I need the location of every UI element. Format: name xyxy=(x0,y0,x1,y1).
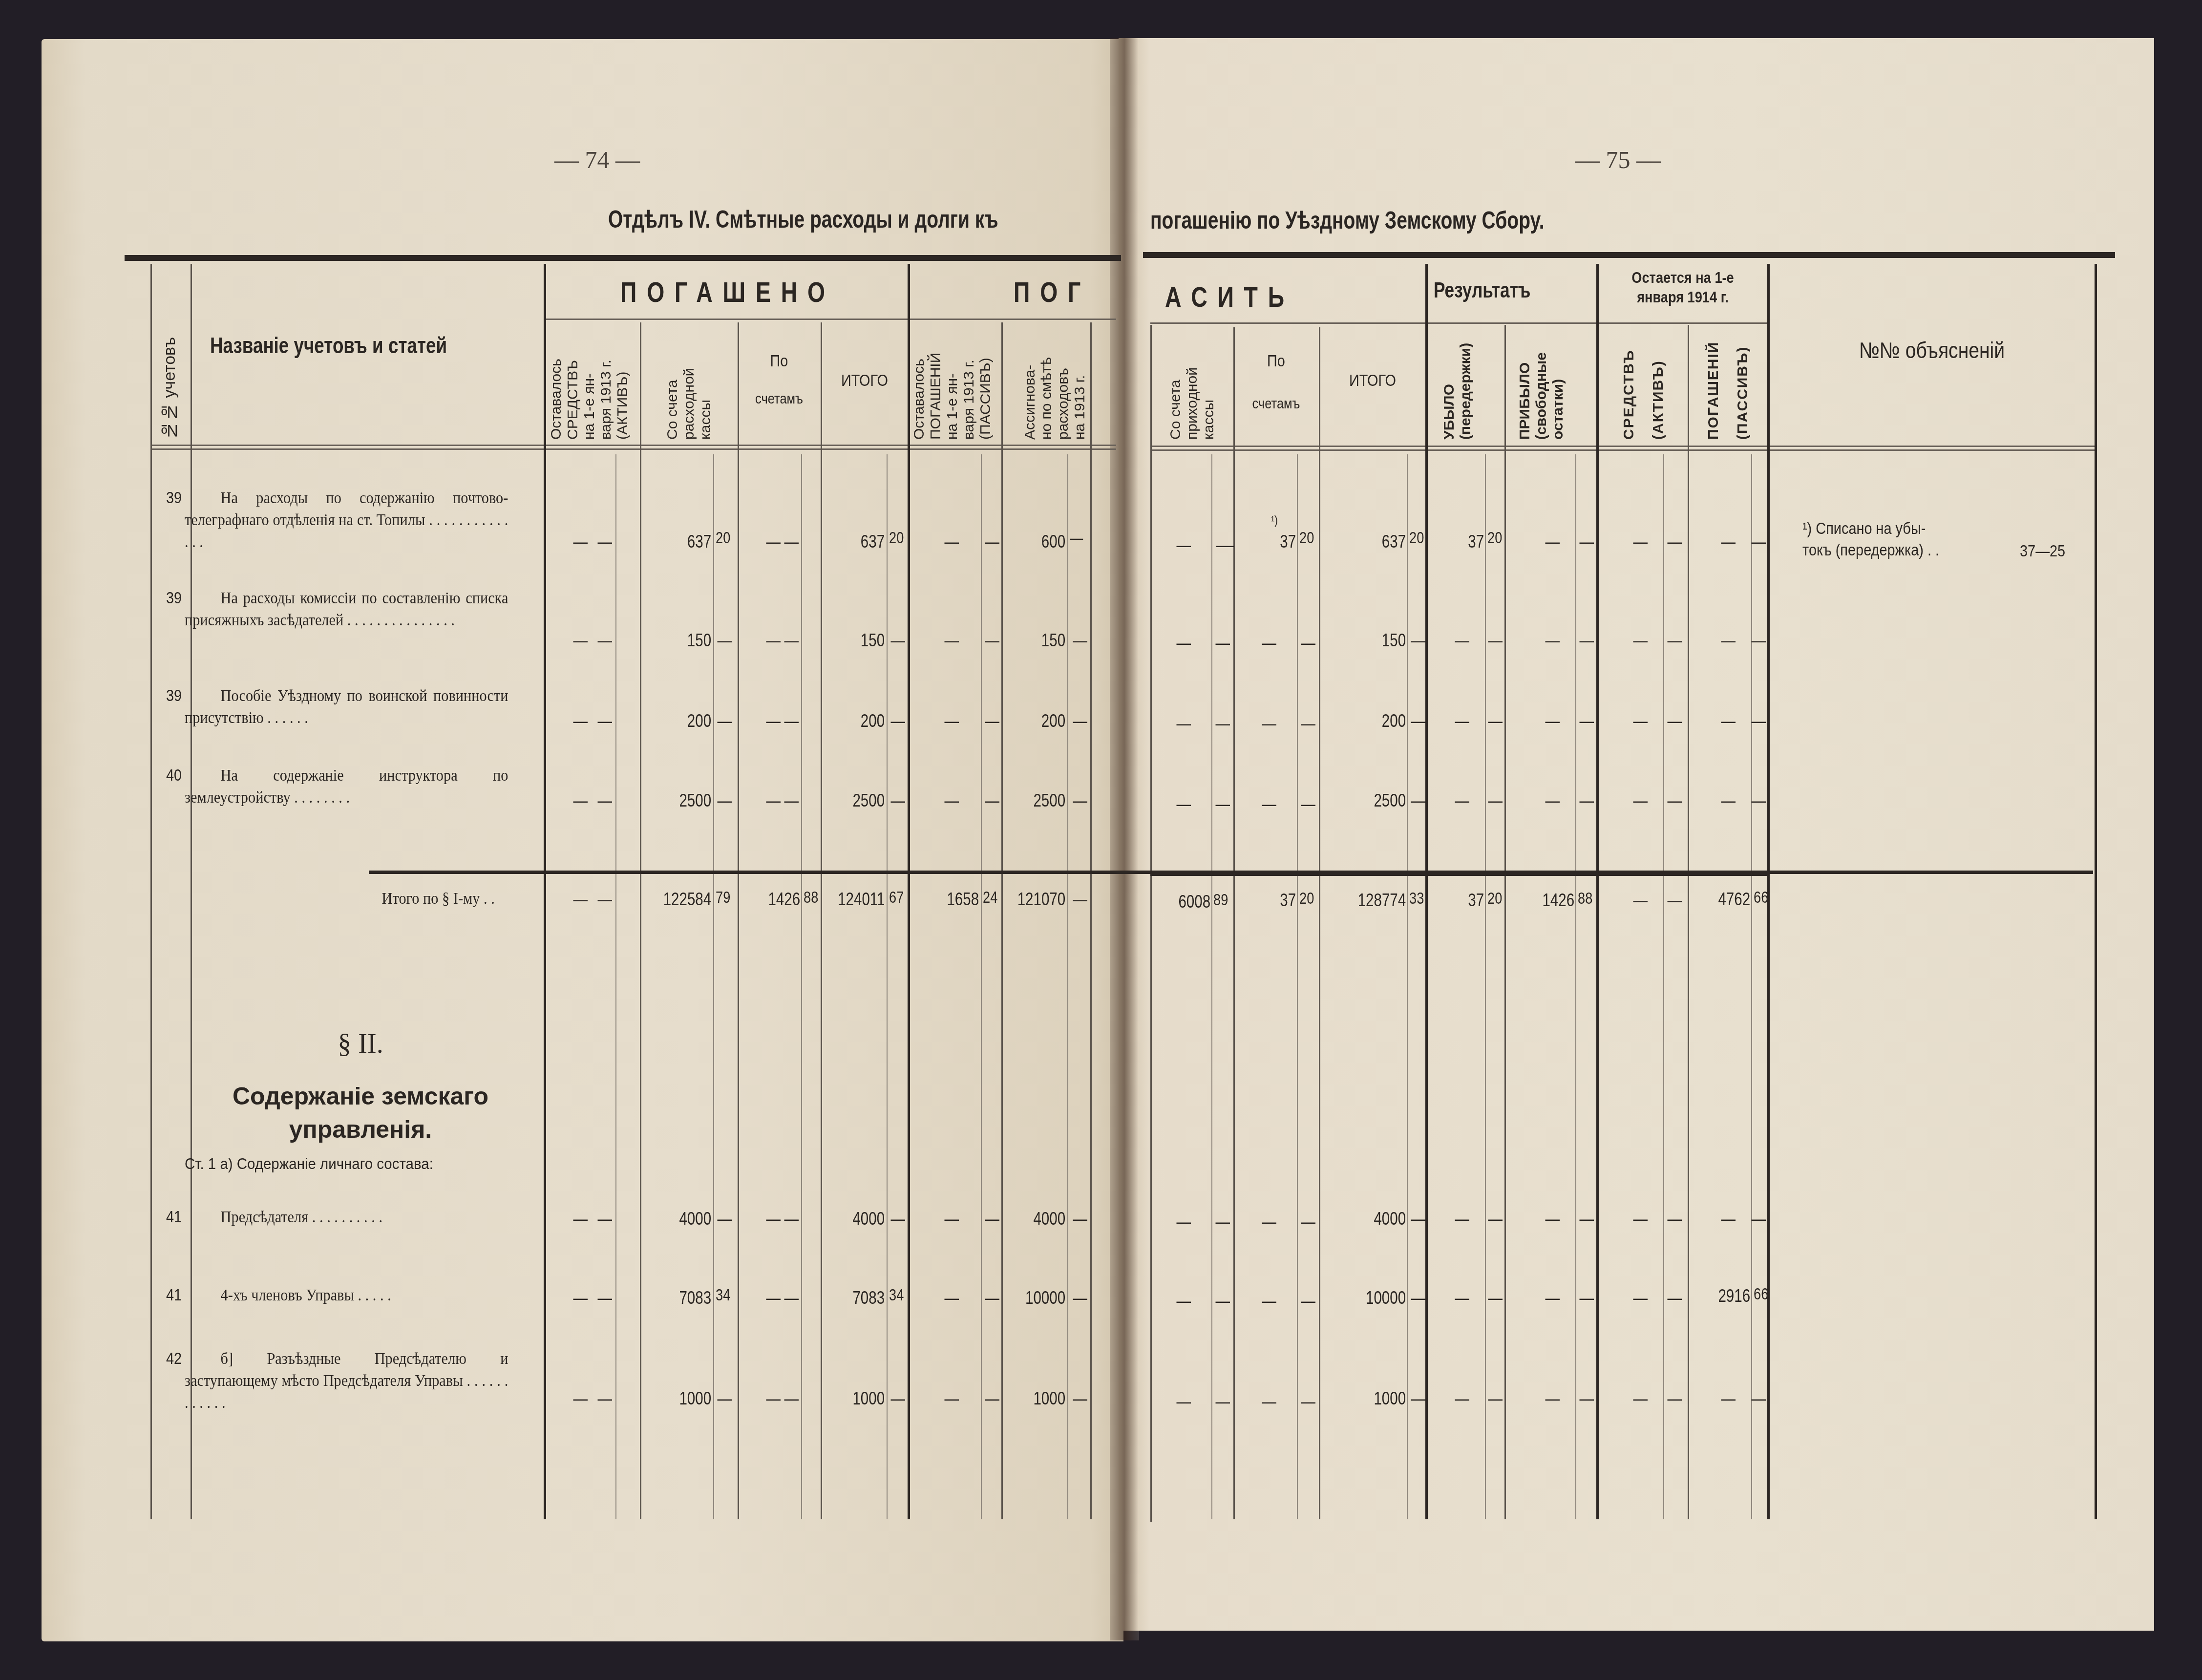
cell-assignovano: 121070 xyxy=(1017,889,1065,910)
col-border xyxy=(2095,264,2097,1519)
cell-kop: — xyxy=(597,1209,612,1229)
cell-kop: — xyxy=(1579,630,1594,651)
cell-ostavalos-sredstv: — xyxy=(573,790,588,811)
header-col-so-scheta-rashod: Со счета расходной кассы xyxy=(664,332,714,440)
cell-itogo-2: 200 xyxy=(1382,711,1406,731)
cell-sredstv: — xyxy=(1633,711,1648,731)
cell-kop: — xyxy=(597,532,612,552)
cell-kop: — xyxy=(597,790,612,811)
col-border xyxy=(887,454,888,1519)
subtotal-label: Итого по § I-му . . xyxy=(185,888,495,910)
cell-pribylo: — xyxy=(1545,1209,1560,1229)
header-col-ostavalos-sredstv: Оставалось СРЕДСТВЪ на 1-е ян- варя 1913… xyxy=(548,332,631,440)
cell-so-scheta-rashod: 150 xyxy=(687,630,711,651)
cell-assignovano: 600 xyxy=(1041,532,1065,552)
cell-kop: — xyxy=(890,790,905,811)
row-name: На содержаніе инструктора по землеустрой… xyxy=(185,765,508,809)
cell-kop: 89 xyxy=(1213,891,1228,910)
footnote-marker: ¹) xyxy=(1271,513,1278,528)
col-border xyxy=(1233,327,1235,1519)
section-heading: Содержаніе земскаго управленія. xyxy=(185,1080,536,1146)
col-border xyxy=(1001,322,1003,1519)
col-border xyxy=(801,454,802,1519)
cell-kop: — xyxy=(1751,790,1766,811)
cell-po-schetam-1: — xyxy=(766,1209,781,1229)
cell-so-scheta-rashod: 122584 xyxy=(663,889,711,910)
cell-kop: 20 xyxy=(1487,529,1502,548)
cell-ubylo: 37 xyxy=(1468,532,1484,552)
cell-sredstv: — xyxy=(1633,790,1648,811)
row-num: 41 xyxy=(166,1286,182,1305)
cell-po-schetam-1: — xyxy=(766,711,781,731)
cell-ubylo: — xyxy=(1455,790,1469,811)
row-num: 39 xyxy=(166,489,182,508)
cell-so-scheta-prihod: 6008 xyxy=(1178,892,1210,912)
cell-ostavalos-sredstv: — xyxy=(573,1209,588,1229)
cell-po-schetam-2: — xyxy=(1262,1291,1276,1311)
cell-kop: 66 xyxy=(1754,888,1768,907)
header-group-pogasit-right: АСИТЬ xyxy=(1165,281,1294,314)
cell-kop: — xyxy=(1411,1288,1425,1308)
header-col-sredstv: СРЕДСТВЪ (АКТИВЪ) xyxy=(1614,332,1673,440)
cell-kop: — xyxy=(985,1388,999,1409)
cell-so-scheta-rashod: 1000 xyxy=(679,1388,711,1409)
cell-kop: — xyxy=(1301,633,1315,653)
cell-kop: — xyxy=(1579,1288,1594,1308)
explanation-note: ¹) Списано на убы- токъ (передержка) . . xyxy=(1802,518,1939,561)
cell-pogasheniy: — xyxy=(1721,1209,1736,1229)
cell-kop: 20 xyxy=(1299,529,1314,548)
cell-kop: — xyxy=(717,1388,732,1409)
cell-kop: — xyxy=(1579,532,1594,552)
cell-po-schetam-1: — xyxy=(766,790,781,811)
header-bottom-rule-left xyxy=(151,445,1116,446)
cell-kop: — xyxy=(985,790,999,811)
cell-kop: 24 xyxy=(983,888,997,907)
cell-kop: — xyxy=(890,711,905,731)
cell-itogo-2: 1000 xyxy=(1374,1388,1406,1409)
cell-pogasheniy: — xyxy=(1721,711,1736,731)
cell-po-schetam-2: 37 xyxy=(1280,890,1296,911)
cell-po-schetam-1: — xyxy=(766,630,781,651)
cell-assignovano: 2500 xyxy=(1033,790,1065,811)
cell-pribylo: — xyxy=(1545,630,1560,651)
cell-itogo-1: 200 xyxy=(861,711,885,731)
col-border xyxy=(1090,322,1092,1519)
cell-kop: 20 xyxy=(1299,889,1314,908)
cell-kop: 34 xyxy=(889,1286,904,1305)
cell-ostavalos-pogash: — xyxy=(944,711,959,731)
cell-ostavalos-pogash: — xyxy=(944,532,959,552)
cell-kop: — xyxy=(784,1388,799,1409)
cell-kop: — xyxy=(890,1209,905,1229)
cell-sredstv: — xyxy=(1633,1209,1648,1229)
cell-pribylo: — xyxy=(1545,532,1560,552)
row-name: На расходы комиссіи по составленію списк… xyxy=(185,588,508,632)
cell-kop: — xyxy=(597,889,612,910)
cell-kop: — xyxy=(1411,711,1425,731)
cell-po-schetam-1: — xyxy=(766,1388,781,1409)
header-bottom-rule-right xyxy=(1150,446,2096,447)
cell-assignovano: 4000 xyxy=(1033,1209,1065,1229)
col-border xyxy=(713,454,714,1519)
cell-ubylo: 37 xyxy=(1468,890,1484,911)
cell-so-scheta-prihod: — xyxy=(1176,713,1191,734)
cell-itogo-1: 2500 xyxy=(852,790,885,811)
page-number-left: — 74 — xyxy=(554,146,640,174)
cell-kop: — xyxy=(1301,1291,1315,1311)
col-border xyxy=(1504,325,1506,1519)
cell-itogo-1: 4000 xyxy=(852,1209,885,1229)
cell-pribylo: — xyxy=(1545,711,1560,731)
cell-kop: — xyxy=(1215,1391,1230,1412)
section-symbol: § II. xyxy=(185,1028,536,1060)
col-border xyxy=(150,264,152,1519)
cell-kop: 33 xyxy=(1409,889,1424,908)
cell-itogo-2: 4000 xyxy=(1374,1209,1406,1229)
row-name: Предсѣдателя . . . . . . . . . . xyxy=(185,1207,508,1229)
cell-kop: — xyxy=(784,630,799,651)
cell-kop: — xyxy=(1073,790,1087,811)
cell-kop: — xyxy=(717,711,732,731)
cell-kop: — xyxy=(1411,1209,1425,1229)
header-col-pogasheniy: ПОГАШЕНІЙ (ПАССИВЪ) xyxy=(1699,327,1757,440)
cell-kop: 88 xyxy=(804,888,818,907)
cell-sredstv: — xyxy=(1633,890,1648,911)
col-border xyxy=(1751,454,1752,1519)
col-border xyxy=(1575,454,1576,1519)
cell-po-schetam-1: — xyxy=(766,1288,781,1308)
cell-itogo-1: 637 xyxy=(861,532,885,552)
col-border xyxy=(1407,454,1408,1519)
col-border xyxy=(1688,325,1689,1519)
cell-ostavalos-sredstv: — xyxy=(573,889,588,910)
col-border xyxy=(640,322,641,1519)
cell-kop: — xyxy=(1751,630,1766,651)
page-title-left: Отдѣлъ IV. Смѣтные расходы и долги къ xyxy=(608,205,998,234)
col-border xyxy=(1485,454,1486,1519)
book-spine xyxy=(1110,38,1139,1640)
cell-ostavalos-pogash: — xyxy=(944,1388,959,1409)
cell-kop: — xyxy=(1488,711,1503,731)
cell-so-scheta-rashod: 4000 xyxy=(679,1209,711,1229)
cell-kop: — xyxy=(784,532,799,552)
header-group-result: Результатъ xyxy=(1434,278,1531,303)
cell-assignovano: 1000 xyxy=(1033,1388,1065,1409)
table-top-rule-left xyxy=(125,255,1121,261)
col-border xyxy=(738,322,739,1519)
cell-kop: — xyxy=(784,711,799,731)
cell-kop: — xyxy=(1215,713,1230,734)
cell-itogo-2: 637 xyxy=(1382,532,1406,552)
cell-kop: — xyxy=(1411,790,1425,811)
cell-assignovano: 10000 xyxy=(1025,1288,1065,1308)
row-num: 39 xyxy=(166,686,182,705)
cell-ostavalos-pogash: — xyxy=(944,630,959,651)
cell-po-schetam-2: — xyxy=(1262,713,1276,734)
row-num: 39 xyxy=(166,589,182,608)
cell-ostavalos-pogash: — xyxy=(944,790,959,811)
cell-po-schetam-2: 37 xyxy=(1280,532,1296,552)
cell-ostavalos-sredstv: — xyxy=(573,1388,588,1409)
cell-kop: — xyxy=(1751,532,1766,552)
cell-po-schetam-2: — xyxy=(1262,1212,1276,1232)
cell-sredstv: — xyxy=(1633,1388,1648,1409)
cell-kop: — xyxy=(1411,1388,1425,1409)
cell-itogo-1: 124011 xyxy=(838,889,885,910)
cell-kop: — xyxy=(1751,711,1766,731)
cell-pogasheniy: — xyxy=(1721,790,1736,811)
header-group-pogasit-left: ПОГ xyxy=(1014,276,1091,309)
cell-kop: 20 xyxy=(889,529,904,548)
cell-pribylo: — xyxy=(1545,790,1560,811)
cell-itogo-2: 10000 xyxy=(1366,1288,1406,1308)
cell-kop: — xyxy=(1667,532,1682,552)
cell-kop: — xyxy=(717,1209,732,1229)
cell-kop: — xyxy=(1667,1209,1682,1229)
cell-so-scheta-prihod: — xyxy=(1176,1291,1191,1311)
cell-kop: — xyxy=(717,630,732,651)
col-border xyxy=(1297,454,1298,1519)
cell-ubylo: — xyxy=(1455,1288,1469,1308)
cell-kop: 20 xyxy=(1409,529,1424,548)
cell-kop: — xyxy=(1488,1388,1503,1409)
cell-kop: — xyxy=(1579,1209,1594,1229)
cell-kop: — xyxy=(784,790,799,811)
col-border xyxy=(1425,264,1428,1519)
cell-kop: — xyxy=(597,1388,612,1409)
header-group-rule-right xyxy=(1150,322,1768,324)
cell-assignovano: 150 xyxy=(1041,630,1065,651)
cell-ostavalos-sredstv: — xyxy=(573,1288,588,1308)
cell-kop: — xyxy=(1667,790,1682,811)
col-border xyxy=(1663,454,1664,1519)
cell-kop: — xyxy=(1411,630,1425,651)
col-border xyxy=(981,454,982,1519)
header-col-po-schetam-1-a: По xyxy=(746,352,812,371)
header-col-itogo-2: ИТОГО xyxy=(1331,371,1414,390)
cell-kop: — xyxy=(1073,889,1087,910)
section-subheading: Ст. 1 а) Содержаніе личнаго состава: xyxy=(185,1153,508,1175)
cell-pogasheniy: — xyxy=(1721,630,1736,651)
cell-so-scheta-prihod: — xyxy=(1176,633,1191,653)
cell-ubylo: — xyxy=(1455,1388,1469,1409)
cell-kop: — xyxy=(985,630,999,651)
cell-kop: — xyxy=(1215,633,1230,653)
row-name: 4-хъ членовъ Управы . . . . . xyxy=(185,1285,508,1307)
col-border xyxy=(1596,264,1599,1519)
cell-po-schetam-2: — xyxy=(1262,1391,1276,1412)
cell-kop: 79 xyxy=(716,888,730,907)
cell-kop: — xyxy=(1215,794,1230,814)
cell-po-schetam-2: — xyxy=(1262,633,1276,653)
header-col-po-schetam-2-a: По xyxy=(1242,352,1310,371)
explanation-amount: 37—25 xyxy=(2020,540,2065,562)
cell-itogo-2: 2500 xyxy=(1374,790,1406,811)
cell-ostavalos-sredstv: — xyxy=(573,532,588,552)
cell-kop: — xyxy=(1073,630,1087,651)
cell-kop: — xyxy=(1488,790,1503,811)
cell-kop: — xyxy=(1073,711,1087,731)
cell-kop: — xyxy=(1215,1212,1230,1232)
row-num: 42 xyxy=(166,1349,182,1368)
header-col-assignovano: Ассигнова- но по смѣтѣ расходовъ на 1913… xyxy=(1022,327,1088,440)
cell-kop: — xyxy=(784,1209,799,1229)
cell-kop: — xyxy=(985,1209,999,1229)
cell-kop: — xyxy=(1667,711,1682,731)
col-border xyxy=(615,454,616,1519)
col-border xyxy=(908,264,910,1519)
header-col-itogo-1: ИТОГО xyxy=(831,371,898,390)
cell-kop: — xyxy=(1667,890,1682,911)
cell-kop: — xyxy=(890,630,905,651)
cell-ostavalos-sredstv: — xyxy=(573,630,588,651)
cell-kop: — xyxy=(1301,794,1315,814)
col-border xyxy=(1067,454,1068,1519)
row-name: Пособіе Уѣздному по воинской повинности … xyxy=(185,685,508,729)
cell-po-schetam-1: — xyxy=(766,532,781,552)
header-col-po-schetam-1-b: счетамъ xyxy=(746,391,812,407)
col-border xyxy=(821,322,822,1519)
cell-ostavalos-pogash: — xyxy=(944,1288,959,1308)
cell-itogo-1: 150 xyxy=(861,630,885,651)
cell-kop: — xyxy=(784,1288,799,1308)
cell-assignovano: 200 xyxy=(1041,711,1065,731)
cell-kop: 67 xyxy=(889,888,904,907)
col-border xyxy=(544,264,546,1519)
cell-po-schetam-2: — xyxy=(1262,794,1276,814)
cell-kop: — xyxy=(1301,1212,1315,1232)
cell-kop: — xyxy=(1579,1388,1594,1409)
header-col-name: Названіе учетовъ и статей xyxy=(210,332,447,359)
header-bottom-rule-left-2 xyxy=(151,448,1116,450)
cell-kop: — xyxy=(1579,790,1594,811)
cell-so-scheta-prihod: — xyxy=(1176,1212,1191,1232)
cell-kop: 66 xyxy=(1754,1285,1768,1304)
cell-pribylo: 1426 xyxy=(1542,890,1574,911)
cell-kop: — xyxy=(985,532,999,552)
cell-kop: — xyxy=(1073,1288,1087,1308)
cell-kop: — xyxy=(1579,711,1594,731)
cell-kop: — xyxy=(717,790,732,811)
header-bottom-rule-right-2 xyxy=(1150,449,2096,451)
cell-kop: — xyxy=(985,711,999,731)
cell-kop: — xyxy=(1667,1288,1682,1308)
page-number-right: — 75 — xyxy=(1575,146,1661,174)
table-top-rule-right xyxy=(1143,252,2115,258)
header-col-ubylo: УБЫЛО (передержки) xyxy=(1441,332,1474,440)
cell-sredstv: — xyxy=(1633,1288,1648,1308)
cell-kop: 20 xyxy=(1487,889,1502,908)
cell-so-scheta-prihod: — xyxy=(1176,794,1191,814)
cell-kop: — xyxy=(1070,529,1083,548)
cell-kop: 34 xyxy=(716,1286,730,1305)
cell-ubylo: — xyxy=(1455,630,1469,651)
row-name: На расходы по содержанію почтово-телегра… xyxy=(185,488,508,553)
cell-kop: — xyxy=(1751,1388,1766,1409)
header-col-num: №№ учетовъ xyxy=(161,313,178,440)
cell-kop: 20 xyxy=(716,529,730,548)
cell-kop: — xyxy=(597,630,612,651)
cell-ubylo: — xyxy=(1455,1209,1469,1229)
cell-itogo-2: 128774 xyxy=(1357,890,1406,911)
row-name: б] Разъѣздные Предсѣдателю и заступающем… xyxy=(185,1348,508,1414)
cell-itogo-1: 7083 xyxy=(852,1288,885,1308)
cell-so-scheta-rashod: 7083 xyxy=(679,1288,711,1308)
cell-itogo-2: 150 xyxy=(1382,630,1406,651)
cell-pribylo: — xyxy=(1545,1388,1560,1409)
cell-po-schetam-1: 1426 xyxy=(768,889,800,910)
cell-kop: — xyxy=(1488,630,1503,651)
cell-kop: — xyxy=(985,1288,999,1308)
header-group-remains: Остается на 1-е января 1914 г. xyxy=(1612,268,1754,307)
cell-pogasheniy: — xyxy=(1721,1388,1736,1409)
cell-so-scheta-rashod: 2500 xyxy=(679,790,711,811)
cell-so-scheta-rashod: 200 xyxy=(687,711,711,731)
cell-kop: — xyxy=(1667,630,1682,651)
cell-ostavalos-pogash: — xyxy=(944,1209,959,1229)
subtotal-rule-right xyxy=(1150,872,1768,876)
cell-so-scheta-prihod: — xyxy=(1176,535,1191,555)
cell-so-scheta-prihod: — xyxy=(1176,1391,1191,1412)
row-num: 40 xyxy=(166,766,182,785)
cell-itogo-1: 1000 xyxy=(852,1388,885,1409)
cell-pogasheniy: 4762 xyxy=(1718,889,1750,910)
cell-kop: — xyxy=(597,1288,612,1308)
cell-pogasheniy: 2916 xyxy=(1718,1286,1750,1306)
header-col-pribylo: ПРИБЫЛО (свободные остатки) xyxy=(1517,327,1567,440)
cell-kop: — xyxy=(1073,1388,1087,1409)
col-border xyxy=(1211,454,1212,1519)
header-col-ostavalos-pogash: Оставалось ПОГАШЕНІЙ на 1-е ян- варя 191… xyxy=(911,327,994,440)
cell-kop: — xyxy=(597,711,612,731)
cell-kop: — xyxy=(1667,1388,1682,1409)
cell-sredstv: — xyxy=(1633,630,1648,651)
page-title-right: погашенію по Уѣздному Земскому Сбору. xyxy=(1150,206,1545,234)
cell-so-scheta-rashod: 637 xyxy=(687,532,711,552)
cell-kop: — xyxy=(1488,1209,1503,1229)
header-col-po-schetam-2-b: счетамъ xyxy=(1242,396,1310,412)
cell-kop: — xyxy=(1301,1391,1315,1412)
row-num: 41 xyxy=(166,1208,182,1227)
cell-pribylo: — xyxy=(1545,1288,1560,1308)
cell-pogasheniy: — xyxy=(1721,532,1736,552)
cell-kop: — xyxy=(1488,1288,1503,1308)
col-border xyxy=(1150,325,1152,1522)
cell-ostavalos-sredstv: — xyxy=(573,711,588,731)
cell-kop: — xyxy=(1751,1209,1766,1229)
header-col-so-scheta-prihod: Со счета приходной кассы xyxy=(1167,342,1217,440)
header-group-pogasheno: ПОГАШЕНО xyxy=(620,276,835,309)
cell-kop: — xyxy=(890,1388,905,1409)
col-border xyxy=(1319,327,1320,1519)
cell-kop: — xyxy=(1215,1291,1230,1311)
cell-ubylo: — xyxy=(1455,711,1469,731)
cell-kop: 88 xyxy=(1578,889,1592,908)
header-group-rule-left xyxy=(545,319,1116,320)
cell-kop: — xyxy=(1301,713,1315,734)
cell-sredstv: — xyxy=(1633,532,1648,552)
header-col-explanations: №№ объясненій xyxy=(1801,337,2063,363)
cell-kop: — xyxy=(1073,1209,1087,1229)
cell-ostavalos-pogash: 1658 xyxy=(947,889,979,910)
